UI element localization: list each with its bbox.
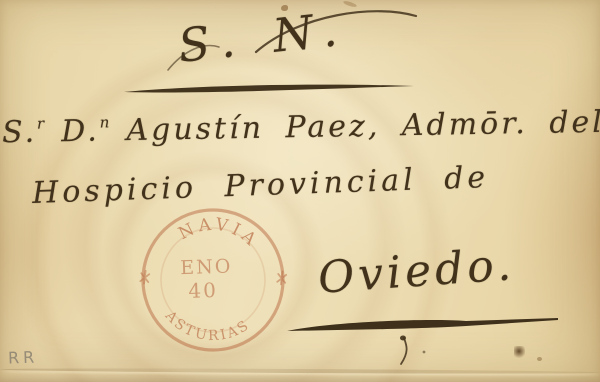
monogram-text: S. N. <box>176 1 352 73</box>
ink-flourish <box>401 338 407 364</box>
address-salutation-superscript: r <box>37 115 45 133</box>
ink-blot <box>400 336 406 341</box>
ink-dot <box>423 351 426 354</box>
address-honorific-superscript: n <box>99 113 110 131</box>
postmark-navia: NAVIA ASTURIAS ENO 40 <box>133 202 293 359</box>
postmark-date-month: ENO <box>180 255 233 279</box>
postmark-date-year: 40 <box>188 278 218 303</box>
address-name: Agustín Paez, Admōr. del <box>126 105 600 148</box>
postmark-town-arc: NAVIA <box>173 210 264 254</box>
postmark-town-text: NAVIA <box>173 210 264 254</box>
collector-mark: RR <box>8 347 39 367</box>
postmark-ornaments <box>140 254 286 300</box>
address-line1: S.rD.nAgustín Paez, Admōr. del <box>2 105 600 151</box>
monogram-underline-stroke <box>124 85 414 93</box>
postmark-province-text: ASTURIAS <box>159 306 255 349</box>
postmark-ornament-left <box>140 270 150 284</box>
postal-cover: S. N. S.rD.nAgustín Paez, Admōr. del Hos… <box>0 0 600 382</box>
postmark-date-block: ENO 40 <box>180 255 234 303</box>
stain-speck <box>281 5 288 11</box>
destination-text: Oviedo. <box>316 239 516 304</box>
postmark-ornament-right <box>277 271 287 285</box>
postmark-inner-circle <box>155 222 271 338</box>
postmark-province-arc: ASTURIAS <box>159 306 255 349</box>
address-line2: Hospicio Provincial de <box>32 160 490 211</box>
stain-speck <box>537 357 542 361</box>
destination-underline-stroke <box>287 318 558 331</box>
ink-stain-spot <box>514 346 525 359</box>
postmark-outer-circle <box>135 202 291 358</box>
address-salutation: S. <box>2 115 38 151</box>
address-honorific: D. <box>61 114 100 150</box>
paper-bottom-edge <box>0 374 600 382</box>
